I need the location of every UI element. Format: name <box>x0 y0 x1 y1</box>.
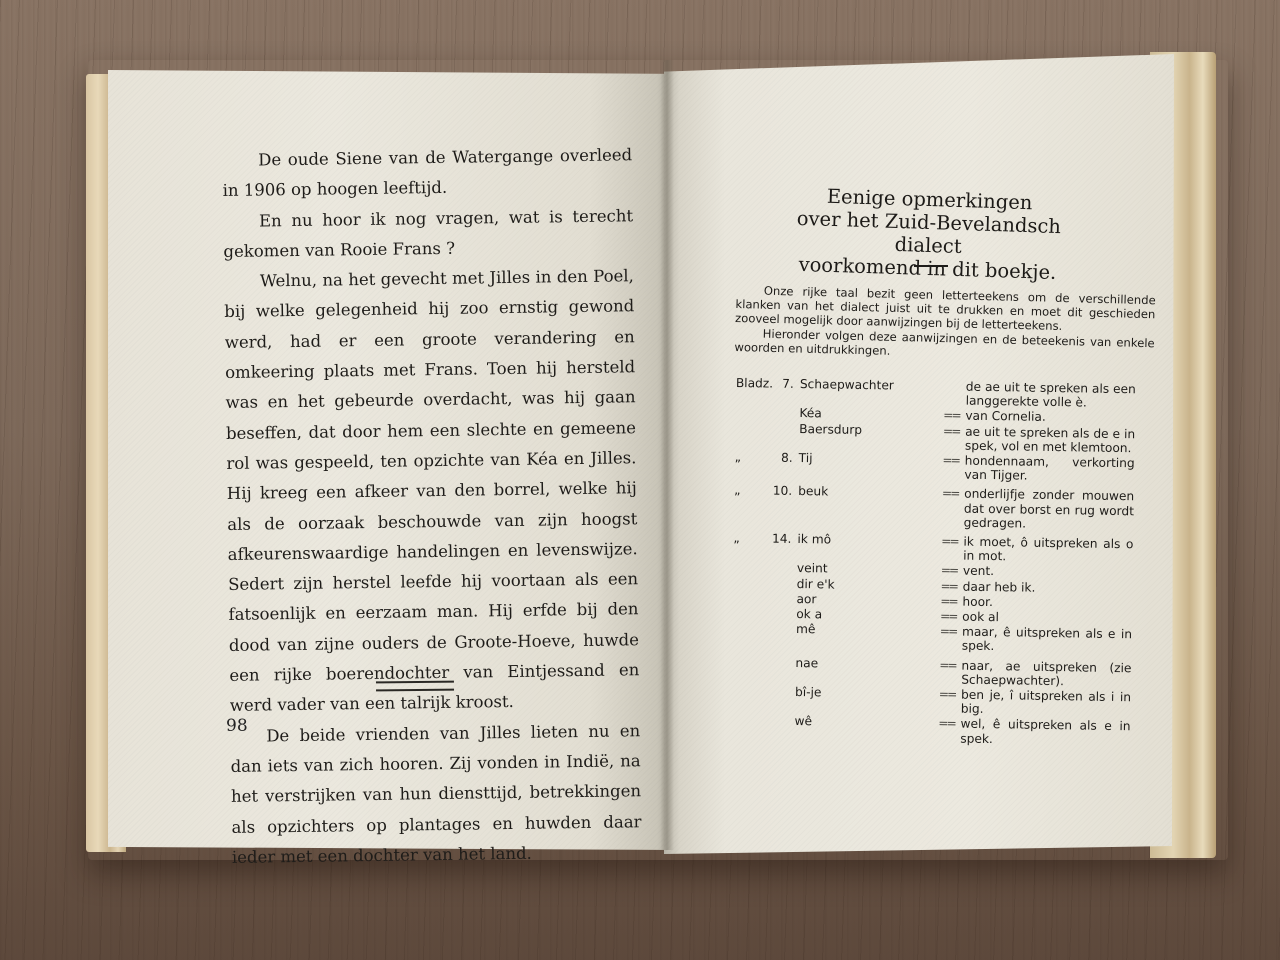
page-reference: 14. <box>769 532 797 561</box>
page-reference <box>769 561 797 576</box>
definition: onderlijfje zonder mouwen dat over borst… <box>964 487 1135 532</box>
definition: ben je, î uitspreken als i in big. <box>961 688 1131 719</box>
dialect-word: nae <box>795 656 933 687</box>
definition: ook al <box>962 610 1132 627</box>
reference-label <box>735 421 771 450</box>
equals-sign: == <box>935 579 963 594</box>
reference-label <box>733 576 769 591</box>
dialect-word: mê <box>796 622 934 653</box>
left-page-body: De oude Siene van de Watergange overleed… <box>222 140 642 873</box>
paragraph: En nu hoor ik nog vragen, wat is terecht… <box>223 201 634 267</box>
dialect-word: Tij <box>798 451 936 482</box>
reference-label <box>735 405 771 420</box>
definition: vent. <box>963 564 1133 581</box>
equals-sign: == <box>933 658 961 687</box>
definition: ik moet, ô uitspreken als o in mot. <box>963 535 1133 566</box>
definition: maar, ê uitspreken als e in spek. <box>962 625 1132 656</box>
definition: daar heb ik. <box>963 579 1133 596</box>
paragraph: Welnu, na het gevecht met Jilles in den … <box>224 261 640 721</box>
dialect-word: bî-je <box>795 685 933 716</box>
definition: ae uit te spreken als de e in spek, vol … <box>965 424 1135 455</box>
page-number: 98 <box>226 716 248 736</box>
appendix-heading: Eenige opmerkingen over het Zuid-Bevelan… <box>767 183 1090 285</box>
book-gutter <box>660 60 674 850</box>
equals-sign: == <box>937 409 965 424</box>
definition: hondennaam, verkorting van Tijger. <box>964 454 1134 485</box>
page-reference <box>766 714 794 743</box>
equals-sign: == <box>937 424 965 453</box>
page-reference: 8. <box>770 451 798 480</box>
page-reference: 10. <box>770 484 799 527</box>
dialect-word: ok a <box>796 607 934 623</box>
equals-sign: == <box>934 624 962 653</box>
reference-label <box>732 621 768 650</box>
equals-sign <box>938 379 966 408</box>
reference-label <box>732 591 768 606</box>
definition: van Cornelia. <box>965 409 1135 426</box>
reference-label <box>733 560 769 575</box>
equals-sign: == <box>936 453 964 482</box>
dialect-word: beuk <box>798 484 937 529</box>
page-reference <box>767 685 795 714</box>
dialect-word: Kéa <box>799 406 937 422</box>
reference-label <box>732 606 768 621</box>
paragraph: De beide vrienden van Jilles lieten nu e… <box>230 716 642 873</box>
dialect-glossary: Bladz. 7. Schaepwachter de ae uit te spr… <box>730 376 1136 748</box>
reference-label: Bladz. <box>736 376 772 405</box>
equals-sign: == <box>936 487 965 530</box>
page-reference <box>771 421 799 450</box>
page-reference <box>767 655 795 684</box>
intro-text: Onze rijke taal bezit geen letterteekens… <box>734 283 1156 364</box>
glossary-row: „ 8. Tij == hondennaam, verkorting van T… <box>734 450 1134 485</box>
glossary-row: „ 10. beuk == onderlijfje zonder mouwen … <box>734 483 1135 532</box>
equals-sign: == <box>935 534 963 563</box>
definition: hoor. <box>962 594 1132 611</box>
dialect-word: Schaepwachter <box>800 377 938 408</box>
definition: de ae uit te spreken als een langgerekte… <box>966 380 1136 411</box>
ditto-mark: „ <box>734 450 770 479</box>
equals-sign: == <box>934 594 962 609</box>
equals-sign: == <box>932 717 960 746</box>
ditto-mark: „ <box>734 483 771 526</box>
equals-sign: == <box>935 564 963 579</box>
page-reference <box>771 406 799 421</box>
page-reference <box>768 607 796 622</box>
definition: naar, ae uitspreken (zie Schaepwachter). <box>961 658 1131 689</box>
dialect-word: ik mô <box>797 532 935 563</box>
page-reference <box>768 591 796 606</box>
reference-label <box>731 655 767 684</box>
ditto-mark: „ <box>733 531 769 560</box>
page-reference <box>769 576 797 591</box>
dialect-word: dir e'k <box>797 577 935 593</box>
reference-label <box>731 684 767 713</box>
dialect-word: wê <box>794 714 932 745</box>
page-reference <box>768 622 796 651</box>
dialect-word: aor <box>796 592 934 608</box>
paragraph: De oude Siene van de Watergange overleed… <box>222 140 633 206</box>
definition: wel, ê uitspreken als e in spek. <box>960 717 1130 748</box>
page-reference: 7. <box>772 377 800 406</box>
glossary-row: mê == maar, ê uitspreken als e in spek. <box>732 621 1132 656</box>
reference-label <box>730 713 766 742</box>
dialect-word: Baersdurp <box>799 422 937 453</box>
dialect-word: veint <box>797 561 935 577</box>
heading-rule <box>914 265 948 267</box>
equals-sign: == <box>933 687 961 716</box>
equals-sign: == <box>934 609 962 624</box>
section-end-double-rule <box>376 681 454 692</box>
